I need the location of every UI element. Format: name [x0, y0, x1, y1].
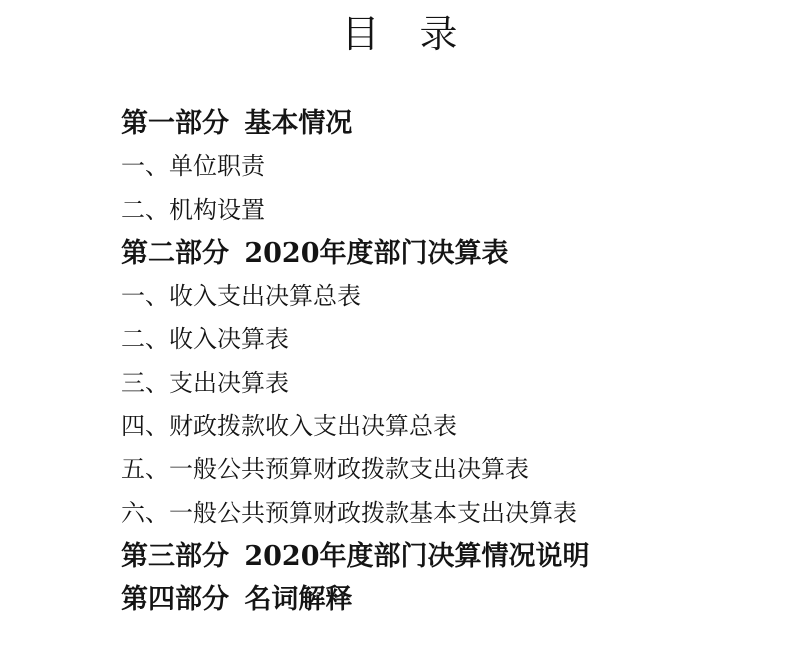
toc-item-2-4: 四、财政拨款收入支出决算总表	[121, 405, 760, 448]
toc-heading-part-2: 第二部分 2020年度部门决算表	[121, 232, 760, 275]
page-title: 目 录	[0, 0, 800, 58]
toc-item-1-1: 一、单位职责	[121, 145, 760, 188]
toc-item-2-3: 三、支出决算表	[121, 362, 760, 405]
table-of-contents: 第一部分 基本情况 一、单位职责 二、机构设置 第二部分 2020年度部门决算表…	[0, 102, 800, 622]
toc-heading-part-3: 第三部分 2020年度部门决算情况说明	[121, 535, 760, 578]
toc-heading-part-4: 第四部分 名词解释	[121, 578, 760, 621]
document-page: 目 录 第一部分 基本情况 一、单位职责 二、机构设置 第二部分 2020年度部…	[0, 0, 800, 645]
toc-item-2-6: 六、一般公共预算财政拨款基本支出决算表	[121, 492, 760, 535]
toc-item-1-2: 二、机构设置	[121, 189, 760, 232]
toc-item-2-2: 二、收入决算表	[121, 318, 760, 361]
toc-heading-part-1: 第一部分 基本情况	[121, 102, 760, 145]
toc-item-2-1: 一、收入支出决算总表	[121, 275, 760, 318]
toc-item-2-5: 五、一般公共预算财政拨款支出决算表	[121, 448, 760, 491]
